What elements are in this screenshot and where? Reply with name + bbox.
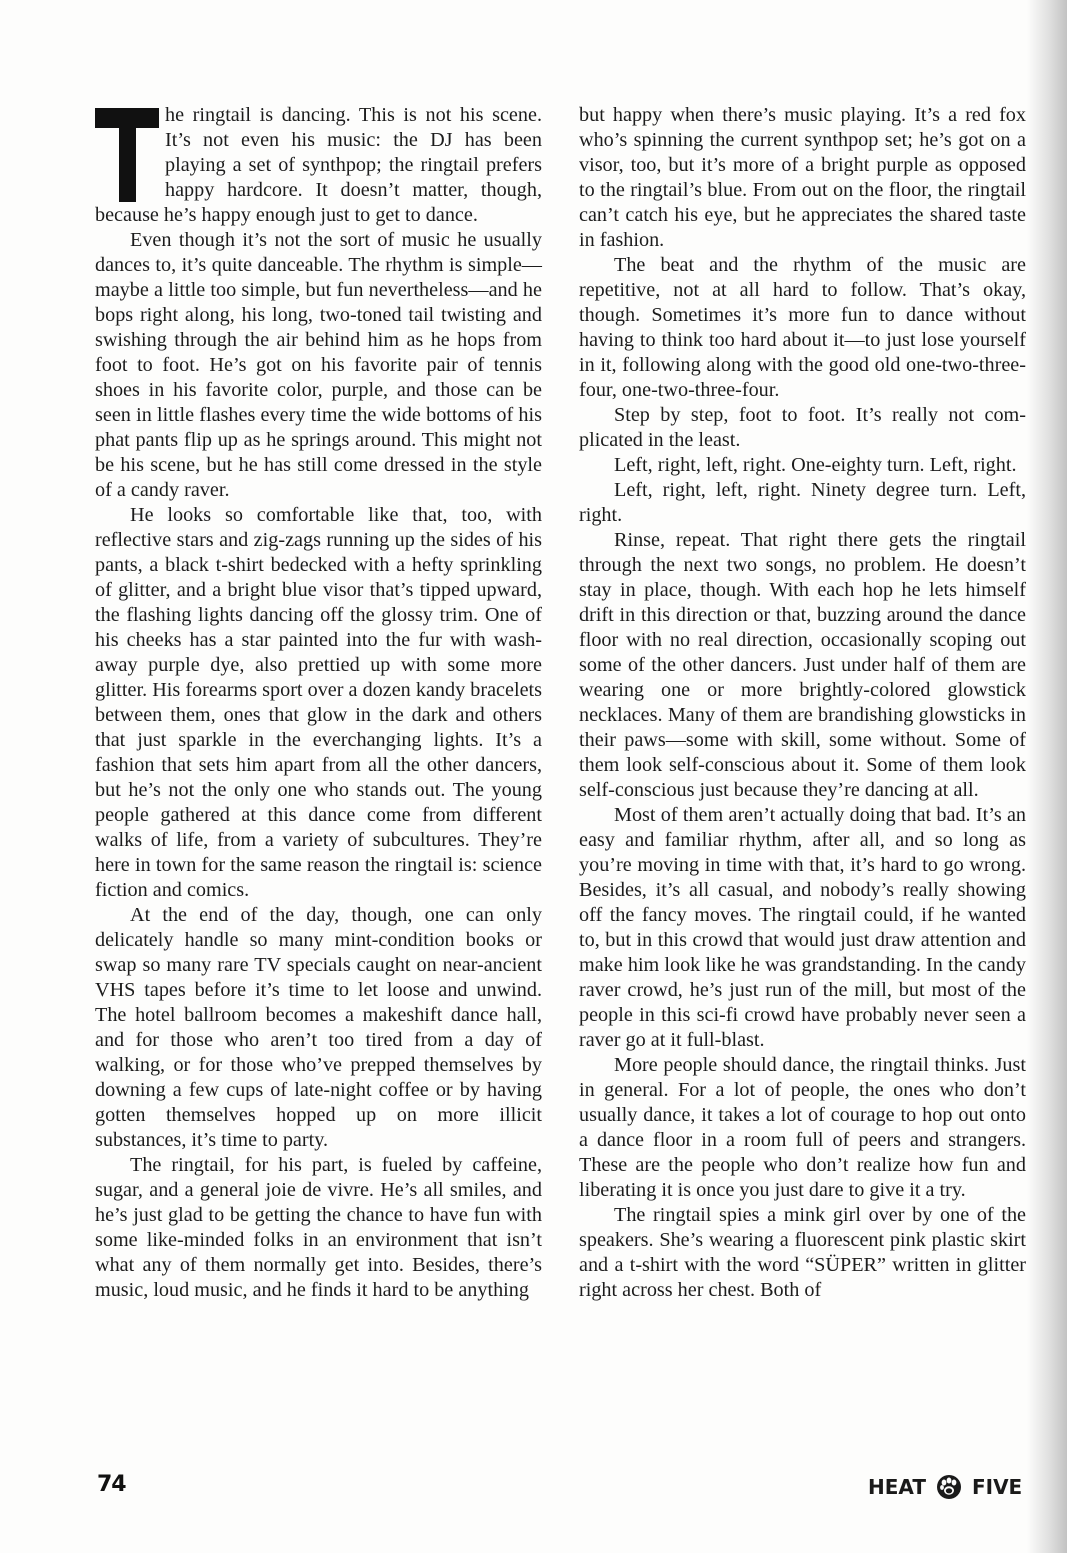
paw-print-icon [936, 1474, 962, 1500]
binding-shadow [1027, 0, 1067, 1553]
right-column: but happy when there’s music playing. It… [579, 103, 1026, 1303]
paragraph: Even though it’s not the sort of music h… [95, 228, 542, 503]
running-title-left: HEAT [868, 1475, 926, 1499]
page-footer: 74 HEAT FIVE [0, 1472, 1067, 1502]
paragraph: but happy when there’s music playing. It… [579, 103, 1026, 253]
paragraph: The ringtail is dancing. This is not his… [95, 103, 542, 228]
paragraph: The ringtail, for his part, is fueled by… [95, 1153, 542, 1303]
paragraph: More people should dance, the ringtail t… [579, 1053, 1026, 1203]
running-title: HEAT FIVE [868, 1474, 1022, 1500]
paragraph: The ringtail spies a mink girl over by o… [579, 1203, 1026, 1303]
drop-cap: T [95, 108, 159, 202]
page-number: 74 [97, 1472, 126, 1497]
paragraph: Most of them aren’t actually doing that … [579, 803, 1026, 1053]
running-title-right: FIVE [972, 1475, 1022, 1499]
left-column: The ringtail is dancing. This is not his… [95, 103, 542, 1303]
paragraph: Step by step, foot to foot. It’s really … [579, 403, 1026, 453]
paragraph: He looks so comfortable like that, too, … [95, 503, 542, 903]
paragraph: At the end of the day, though, one can o… [95, 903, 542, 1153]
paragraph: Left, right, left, right. One-eighty tur… [579, 453, 1026, 478]
paragraph: The beat and the rhythm of the music are… [579, 253, 1026, 403]
paragraph: Left, right, left, right. Ninety degree … [579, 478, 1026, 528]
paragraph: Rinse, repeat. That right there gets the… [579, 528, 1026, 803]
